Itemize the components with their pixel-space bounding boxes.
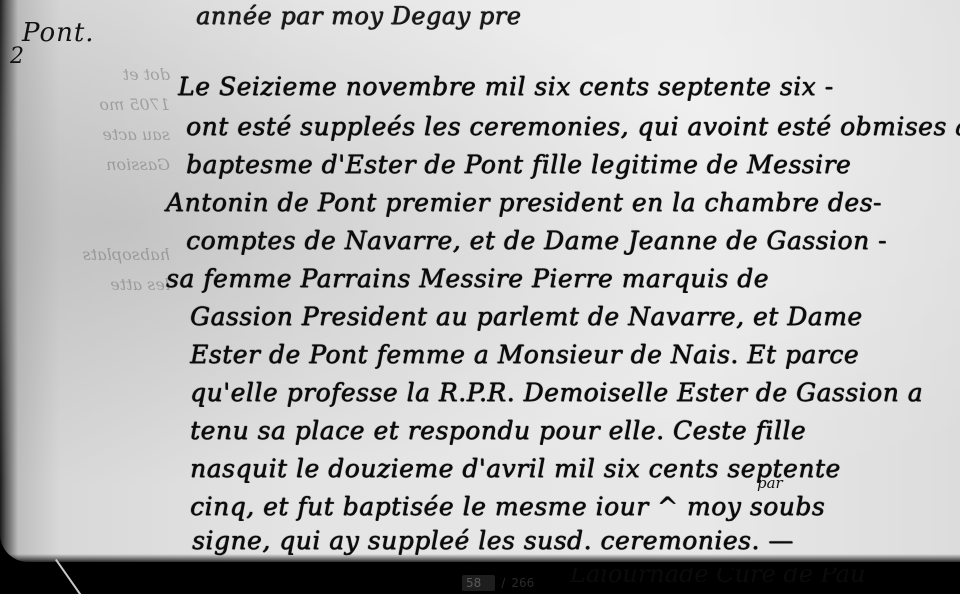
record-line-5: comptes de Navarre, et de Dame Jeanne de… (186, 226, 887, 255)
record-line-6: sa femme Parrains Messire Pierre marquis… (166, 264, 769, 293)
record-line-11: nasquit le douzieme d'avril mil six cent… (190, 454, 841, 483)
document-viewer: dot et1705 mosau acteGassionhabsoplatsle… (0, 0, 960, 594)
record-line-7: Gassion President au parlemt de Navarre,… (190, 302, 863, 331)
priest-signature: Laiournade Curé de Pau (570, 560, 865, 588)
record-line-13: signe, qui ay suppleé les susd. ceremoni… (192, 526, 794, 555)
total-pages: 266 (511, 576, 534, 590)
record-line-9: qu'elle professe la R.P.R. Demoiselle Es… (190, 378, 923, 407)
margin-note: Pont. (22, 18, 95, 48)
margin-number: 2 (10, 44, 25, 69)
scanned-page: dot et1705 mosau acteGassionhabsoplatsle… (0, 0, 960, 562)
page-indicator[interactable]: 58 / 266 (462, 574, 534, 592)
bleed-through-text: dot et1705 mosau acteGassionhabsoplatsle… (20, 60, 170, 540)
record-line-1: Le Seizieme novembre mil six cents septe… (178, 72, 834, 101)
current-page-input[interactable]: 58 (462, 575, 495, 591)
record-line-3: baptesme d'Ester de Pont fille legitime … (186, 150, 851, 179)
record-line-12: cinq, et fut baptisée le mesme iour ^ mo… (190, 492, 825, 521)
interlinear-insert: par (757, 474, 783, 492)
record-line-4: Antonin de Pont premier president en la … (166, 188, 882, 217)
header-line: année par moy Degay pre (196, 2, 521, 30)
page-separator: / (501, 576, 505, 590)
record-line-2: ont esté suppleés les ceremonies, qui av… (186, 112, 960, 141)
record-line-8: Ester de Pont femme a Monsieur de Nais. … (190, 340, 859, 369)
record-line-10: tenu sa place et respondu pour elle. Ces… (190, 416, 806, 445)
